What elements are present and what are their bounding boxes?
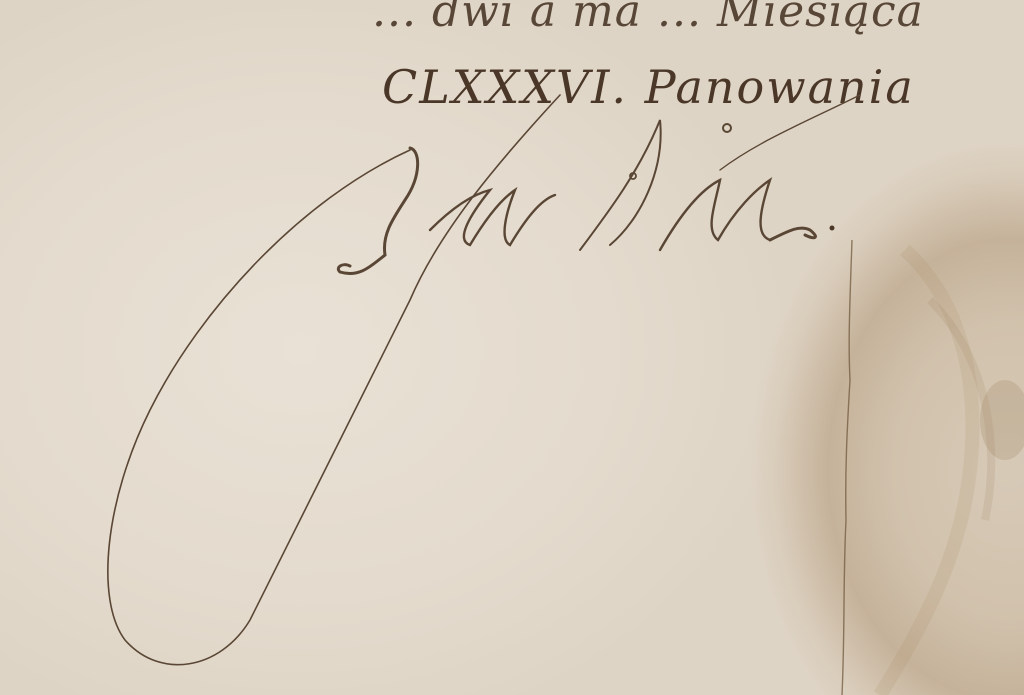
- signature-flourish: [0, 0, 1024, 695]
- manuscript-page: ... dwi a ma ... Miesiąca CLXXXVI. Panow…: [0, 0, 1024, 695]
